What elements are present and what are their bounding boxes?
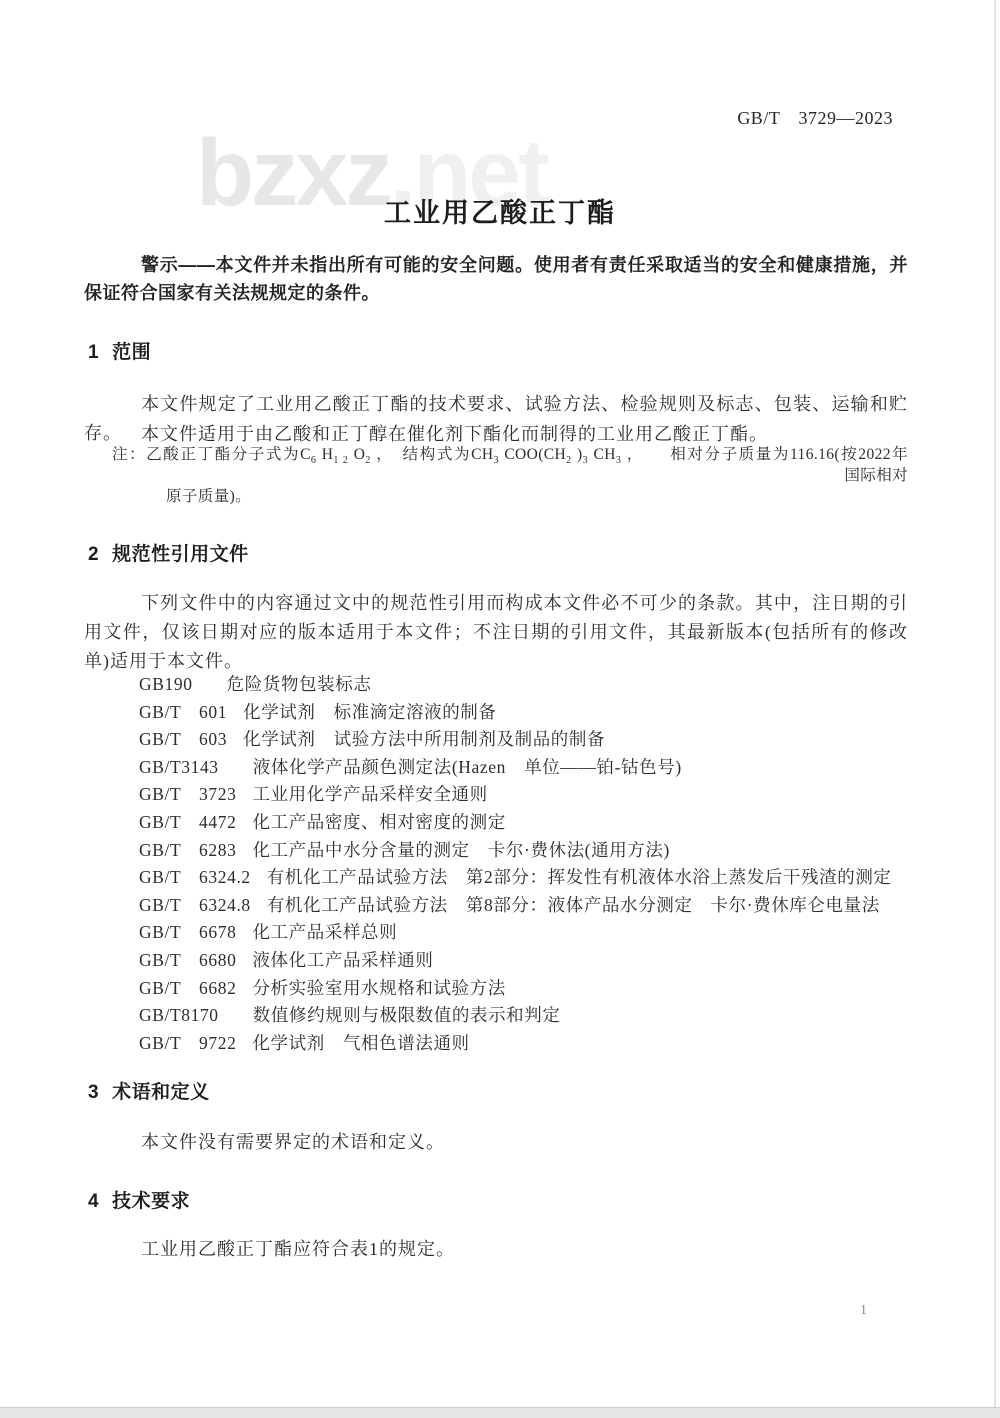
note-text: ， 结构式为CH — [371, 446, 494, 463]
reference-item: GB/T 6283化工产品中水分含量的测定 卡尔·费休法(通用方法) — [139, 837, 908, 865]
reference-item: GB/T 9722化学试剂 气相色谱法通则 — [139, 1030, 908, 1058]
note-text: COO(CH — [499, 446, 566, 463]
section-title: 术语和定义 — [112, 1082, 210, 1103]
document-page: bzxz.net GB/T 3729—2023 工业用乙酸正丁酯 警示——本文件… — [0, 0, 1000, 1418]
reference-item: GB/T3143 液体化学产品颜色测定法(Hazen 单位——铂-钴色号) — [139, 754, 908, 782]
section-number: 1 — [88, 342, 99, 363]
reference-item: GB/T8170 数值修约规则与极限数值的表示和判定 — [139, 1002, 908, 1030]
reference-title: 有机化工产品试验方法 第8部分：液体产品水分测定 卡尔·费休库仑电量法 — [267, 895, 880, 915]
reference-code: GB/T 6324.8 — [139, 895, 251, 915]
note-paragraph: 注：乙酸正丁酯分子式为C6 H1 2 O2 ， 结构式为CH3 COO(CH2 … — [112, 444, 908, 507]
section-number: 2 — [88, 544, 99, 565]
reference-item: GB/T 6680液体化工产品采样通则 — [139, 947, 908, 975]
reference-code: GB/T8170 — [139, 1005, 219, 1025]
reference-title: 有机化工产品试验方法 第2部分：挥发性有机液体水浴上蒸发后干残渣的测定 — [267, 867, 892, 887]
reference-code: GB/T 6283 — [139, 840, 236, 860]
reference-code: GB/T 6678 — [139, 922, 236, 942]
reference-item: GB/T 6324.2有机化工产品试验方法 第2部分：挥发性有机液体水浴上蒸发后… — [139, 864, 908, 892]
reference-item: GB/T 603化学试剂 试验方法中所用制剂及制品的制备 — [139, 726, 908, 754]
reference-code: GB/T 603 — [139, 729, 227, 749]
reference-title: 分析实验室用水规格和试验方法 — [252, 978, 505, 998]
note-text: ， 相对分子质量为116.16(按2022年 — [621, 446, 908, 463]
reference-item: GB/T 6678化工产品采样总则 — [139, 919, 908, 947]
reference-item: GB/T 6324.8有机化工产品试验方法 第8部分：液体产品水分测定 卡尔·费… — [139, 892, 908, 920]
reference-code: GB/T 6324.2 — [139, 867, 251, 887]
page-right-edge — [994, 0, 996, 1407]
reference-code: GB/T 6682 — [139, 978, 236, 998]
formula-subscript: 1 2 — [333, 455, 348, 466]
reference-code: GB/T 4472 — [139, 812, 236, 832]
terms-paragraph: 本文件没有需要界定的术语和定义。 — [84, 1128, 908, 1157]
reference-item: GB/T 3723工业用化学产品采样安全通则 — [139, 781, 908, 809]
reference-title: 化工产品密度、相对密度的测定 — [252, 812, 505, 832]
note-text: CH — [588, 446, 616, 463]
section-heading-terms: 3术语和定义 — [88, 1077, 210, 1104]
reference-title: 化学试剂 气相色谱法通则 — [252, 1033, 469, 1053]
section-title: 规范性引用文件 — [112, 544, 249, 565]
note-text: H — [316, 446, 333, 463]
note-text: ) — [572, 446, 583, 463]
reference-title: 危险货物包装标志 — [209, 674, 372, 694]
section-title: 技术要求 — [112, 1191, 190, 1212]
note-line-3: 原子质量)。 — [166, 486, 908, 507]
reference-code: GB/T 9722 — [139, 1033, 236, 1053]
reference-title: 化工产品采样总则 — [252, 922, 397, 942]
warning-paragraph: 警示——本文件并未指出所有可能的安全问题。使用者有责任采取适当的安全和健康措施，… — [84, 251, 908, 307]
reference-item: GB/T 601化学试剂 标准滴定溶液的制备 — [139, 699, 908, 727]
reference-code: GB/T 6680 — [139, 950, 236, 970]
normative-intro-paragraph: 下列文件中的内容通过文中的规范性引用而构成本文件必不可少的条款。其中，注日期的引… — [84, 589, 908, 676]
section-heading-scope: 1范围 — [88, 337, 151, 364]
reference-title: 数值修约规则与极限数值的表示和判定 — [235, 1005, 561, 1025]
reference-item: GB/T 6682分析实验室用水规格和试验方法 — [139, 975, 908, 1003]
note-line-1: 注：乙酸正丁酯分子式为C6 H1 2 O2 ， 结构式为CH3 COO(CH2 … — [112, 444, 908, 465]
reference-title: 化学试剂 标准滴定溶液的制备 — [243, 702, 496, 722]
reference-title: 化学试剂 试验方法中所用制剂及制品的制备 — [243, 729, 605, 749]
page-bottom-edge — [0, 1407, 1000, 1418]
note-text: 注：乙酸正丁酯分子式为C — [112, 446, 311, 463]
doc-number: GB/T 3729—2023 — [737, 104, 893, 130]
reference-code: GB/T3143 — [139, 757, 219, 777]
section-title: 范围 — [112, 342, 151, 363]
note-line-2: 国际相对 — [112, 465, 908, 486]
reference-title: 化工产品中水分含量的测定 卡尔·费休法(通用方法) — [252, 840, 669, 860]
reference-code: GB/T 601 — [139, 702, 227, 722]
section-number: 3 — [88, 1082, 99, 1103]
note-text: O — [348, 446, 365, 463]
reference-code: GB/T 3723 — [139, 784, 236, 804]
reference-title: 液体化学产品颜色测定法(Hazen 单位——铂-钴色号) — [235, 757, 682, 777]
references-list: GB190 危险货物包装标志 GB/T 601化学试剂 标准滴定溶液的制备 GB… — [139, 671, 908, 1057]
reference-title: 液体化工产品采样通则 — [252, 950, 433, 970]
section-heading-requirements: 4技术要求 — [88, 1186, 190, 1213]
section-number: 4 — [88, 1191, 99, 1212]
reference-item: GB/T 4472化工产品密度、相对密度的测定 — [139, 809, 908, 837]
section-heading-normative-references: 2规范性引用文件 — [88, 539, 249, 566]
reference-code: GB190 — [139, 674, 193, 694]
page-number: 1 — [860, 1303, 867, 1319]
reference-title: 工业用化学产品采样安全通则 — [252, 784, 487, 804]
requirements-paragraph: 工业用乙酸正丁酯应符合表1的规定。 — [84, 1235, 908, 1264]
reference-item: GB190 危险货物包装标志 — [139, 671, 908, 699]
page-title: 工业用乙酸正丁酯 — [0, 191, 1000, 230]
